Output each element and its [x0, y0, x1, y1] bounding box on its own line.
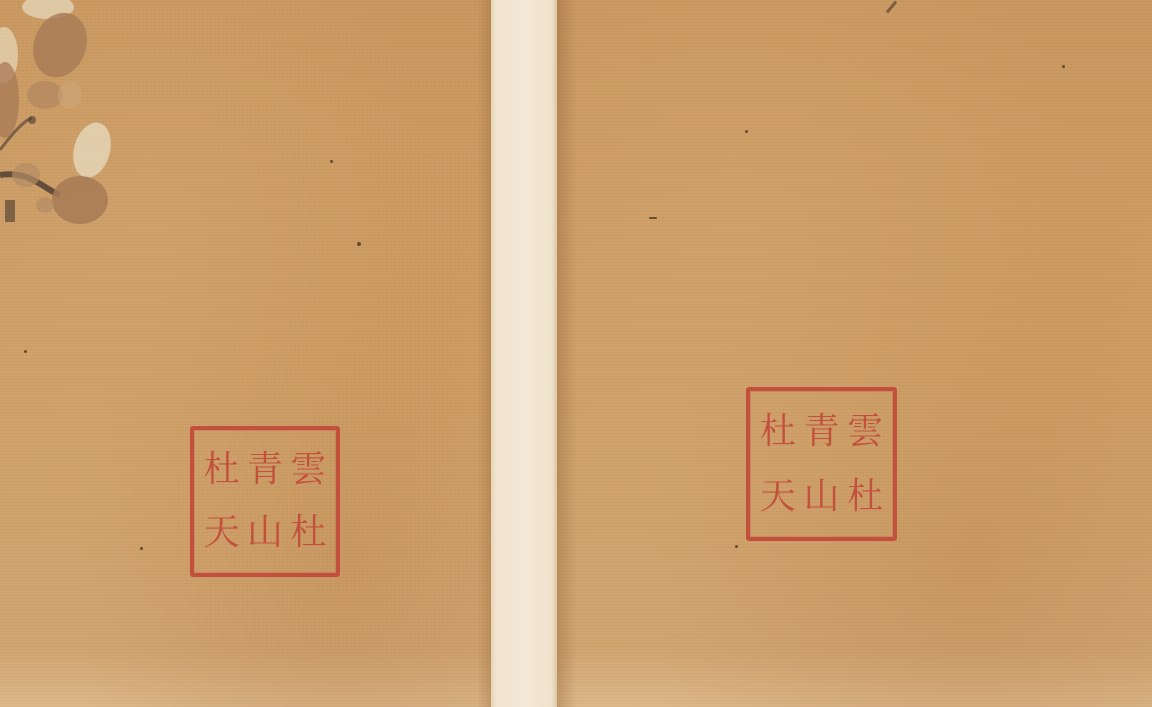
- seal-char: 杜: [843, 464, 887, 529]
- seal-char: 天: [756, 464, 800, 529]
- speck: [330, 160, 333, 163]
- seal-char: 山: [800, 464, 844, 529]
- magnolia-branch-painting: [0, 0, 140, 240]
- speck: [140, 547, 143, 550]
- seal-char: 杜: [756, 399, 800, 464]
- silk-panel-left: 杜 青 雲 天 山 杜: [0, 0, 491, 707]
- seal-char: 雲: [287, 438, 330, 502]
- speck: [745, 130, 748, 133]
- speck: [735, 545, 738, 548]
- seal-char: 青: [243, 438, 286, 502]
- speck: [649, 217, 657, 219]
- speck: [1062, 65, 1065, 68]
- seal-char: 青: [800, 399, 844, 464]
- seal-char: 天: [200, 502, 243, 566]
- seal-char: 雲: [843, 399, 887, 464]
- seal-char: 山: [243, 502, 286, 566]
- seal-right: 杜 青 雲 天 山 杜: [746, 387, 897, 541]
- seal-left: 杜 青 雲 天 山 杜: [190, 426, 340, 577]
- seal-char: 杜: [200, 438, 243, 502]
- silk-panel-right: 杜 青 雲 天 山 杜: [557, 0, 1152, 707]
- speck: [24, 350, 27, 353]
- seal-char: 杜: [287, 502, 330, 566]
- mounting-strip: [491, 0, 557, 707]
- speck: [357, 242, 361, 246]
